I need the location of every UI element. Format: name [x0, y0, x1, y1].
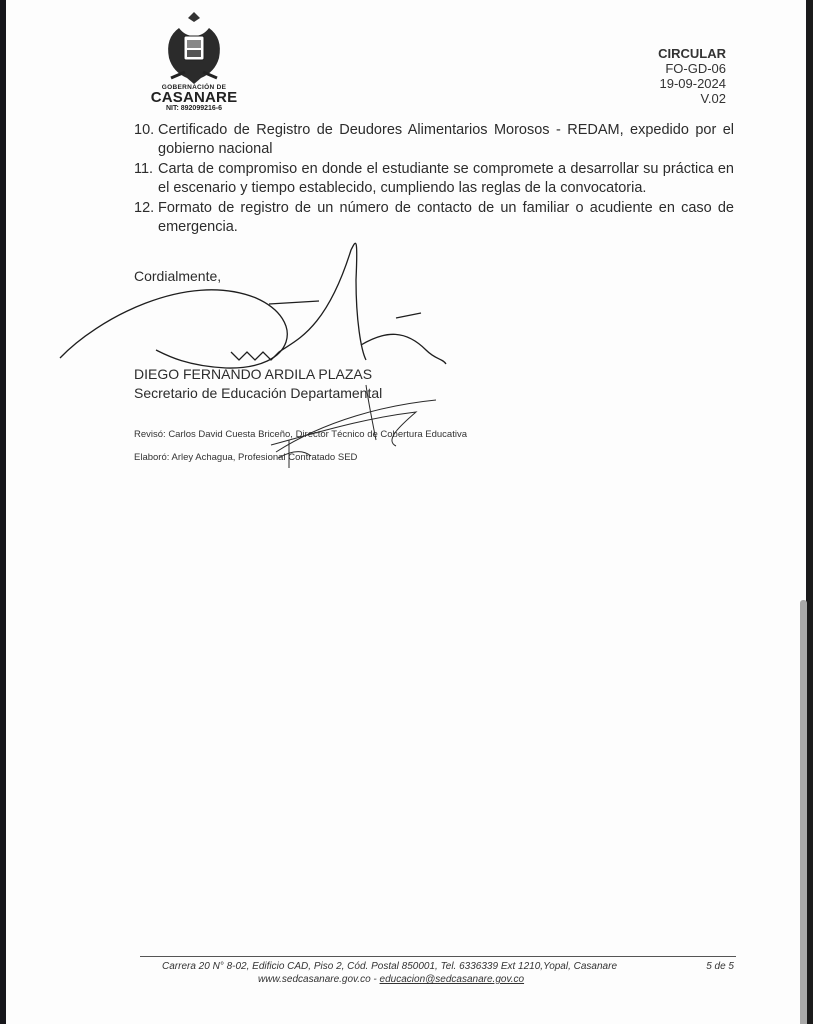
logo: GOBERNACIÓN DE CASANARE NIT: 892099216-6	[146, 8, 242, 120]
list-item: 12.Formato de registro de un número de c…	[134, 199, 734, 237]
signer-block: DIEGO FERNANDO ARDILA PLAZAS Secretario …	[134, 365, 382, 403]
viewer-right-edge	[807, 0, 813, 1024]
signer-name: DIEGO FERNANDO ARDILA PLAZAS	[134, 365, 382, 384]
footer-website[interactable]: www.sedcasanare.gov.co	[258, 974, 371, 985]
footer-links: www.sedcasanare.gov.co - educacion@sedca…	[258, 974, 524, 986]
footer-email-link[interactable]: educacion@sedcasanare.gov.co	[380, 974, 525, 985]
closing: Cordialmente,	[134, 268, 221, 284]
logo-nit: NIT: 892099216-6	[146, 105, 242, 113]
document-meta: CIRCULAR FO-GD-06 19-09-2024 V.02	[658, 46, 726, 106]
list-item: 10.Certificado de Registro de Deudores A…	[134, 121, 734, 159]
doc-date: 19-09-2024	[658, 76, 726, 91]
casanare-coat-of-arms-icon	[159, 8, 229, 86]
requirements-list: 10.Certificado de Registro de Deudores A…	[134, 121, 734, 238]
footer-address: Carrera 20 N° 8-02, Edificio CAD, Piso 2…	[162, 961, 617, 973]
doc-type: CIRCULAR	[658, 46, 726, 61]
logo-line2: CASANARE	[146, 91, 242, 105]
prepared-by: Elaboró: Arley Achagua, Profesional Cont…	[134, 452, 357, 463]
footer-divider	[140, 956, 736, 957]
reviewed-by: Revisó: Carlos David Cuesta Briceño, Dir…	[134, 429, 467, 440]
signer-role: Secretario de Educación Departamental	[134, 384, 382, 403]
scrollbar-thumb[interactable]	[800, 600, 807, 1024]
page-number: 5 de 5	[706, 961, 734, 973]
document-page: GOBERNACIÓN DE CASANARE NIT: 892099216-6…	[6, 0, 806, 1024]
list-item: 11.Carta de compromiso en donde el estud…	[134, 160, 734, 198]
doc-code: FO-GD-06	[658, 61, 726, 76]
doc-version: V.02	[658, 91, 726, 106]
